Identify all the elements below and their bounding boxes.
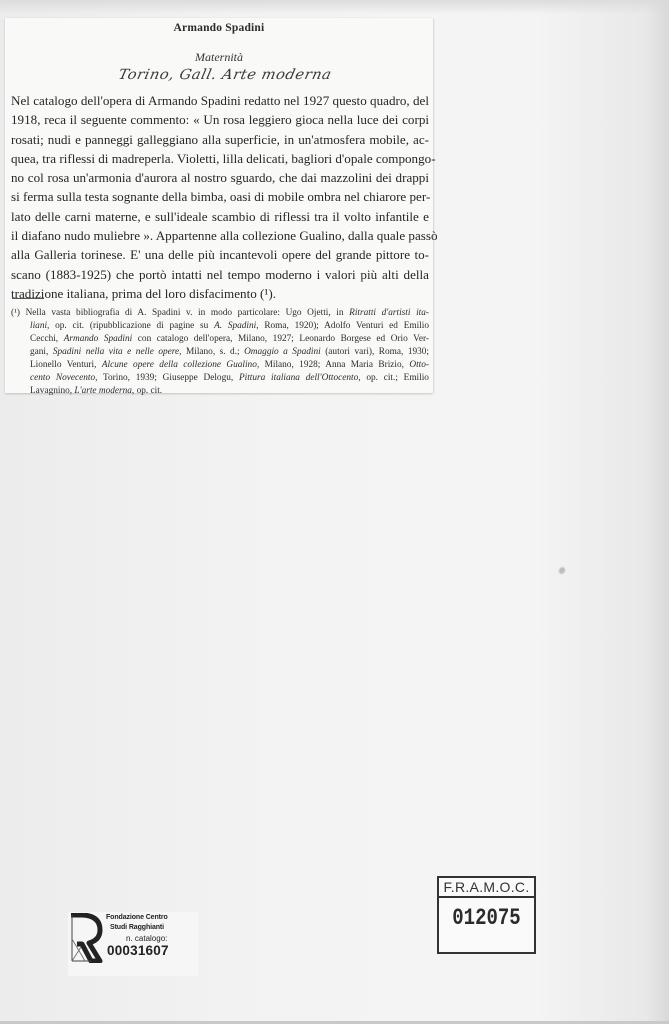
footnote-line: gani, Spadini nella vita e nelle opere, …	[11, 346, 429, 359]
body-line: tradizione italiana, prima del loro disf…	[11, 284, 429, 303]
framoc-stamp: F.R.A.M.O.C. 012075	[437, 876, 536, 954]
paper-speck	[558, 566, 567, 575]
footnote-line: liani, op. cit. (ripubblicazione di pagi…	[11, 320, 429, 333]
handwritten-note: Torino, Gall. Arte moderna	[108, 67, 342, 83]
body-line: 1918, reca il seguente commento: « Un ro…	[11, 110, 429, 129]
footnote-line: Lionello Venturi, Alcune opere della col…	[11, 359, 429, 372]
footnote-line: Cecchi, Armando Spadini con catalogo del…	[11, 333, 429, 346]
body-line: il diafano nudo muliebre ». Appartenne a…	[11, 226, 429, 245]
body-line: rosati; nudi e panneggi galleggiano alla…	[11, 130, 429, 149]
framoc-number: 012075	[439, 905, 534, 931]
body-line: Nel catalogo dell'opera di Armando Spadi…	[11, 91, 429, 110]
foundation-name-line2: Studi Ragghianti	[110, 924, 164, 931]
author-heading: Armando Spadini	[5, 22, 433, 34]
body-line: no col rosa un'armonia d'aurora al nostr…	[11, 168, 429, 187]
body-line: quea, tra riflessi di madreperla. Violet…	[11, 149, 429, 168]
foundation-name-line1: Fondazione Centro	[106, 914, 168, 921]
body-line: lato delle carni materne, e sull'ideale …	[11, 207, 429, 226]
footnote-line: cento Novecento, Torino, 1939; Giuseppe …	[11, 372, 429, 385]
body-line: alla Galleria torinese. E' una delle più…	[11, 245, 429, 264]
body-line: scano (1883-1925) che portò intatti nel …	[11, 265, 429, 284]
page-shadow-right	[647, 0, 669, 1024]
footnote-line: Lavagnino, L'arte moderna, op. cit.	[11, 385, 429, 398]
ragghianti-logo-icon	[69, 913, 105, 963]
footnote-line: (¹) Nella vasta bibliografia di A. Spadi…	[11, 307, 429, 320]
page-shadow-top	[0, 0, 669, 14]
body-line: si ferma sulla testa sognante della bimb…	[11, 187, 429, 206]
body-paragraph: Nel catalogo dell'opera di Armando Spadi…	[11, 91, 429, 303]
framoc-header: F.R.A.M.O.C.	[439, 878, 534, 898]
catalog-number: 00031607	[107, 943, 169, 958]
pasted-clipping: Armando Spadini Maternità Torino, Gall. …	[5, 18, 433, 393]
artwork-title: Maternità	[5, 50, 433, 65]
catalog-number-label: n. catalogo:	[126, 934, 167, 943]
footnote-rule	[12, 298, 44, 299]
footnote: (¹) Nella vasta bibliografia di A. Spadi…	[11, 307, 429, 398]
